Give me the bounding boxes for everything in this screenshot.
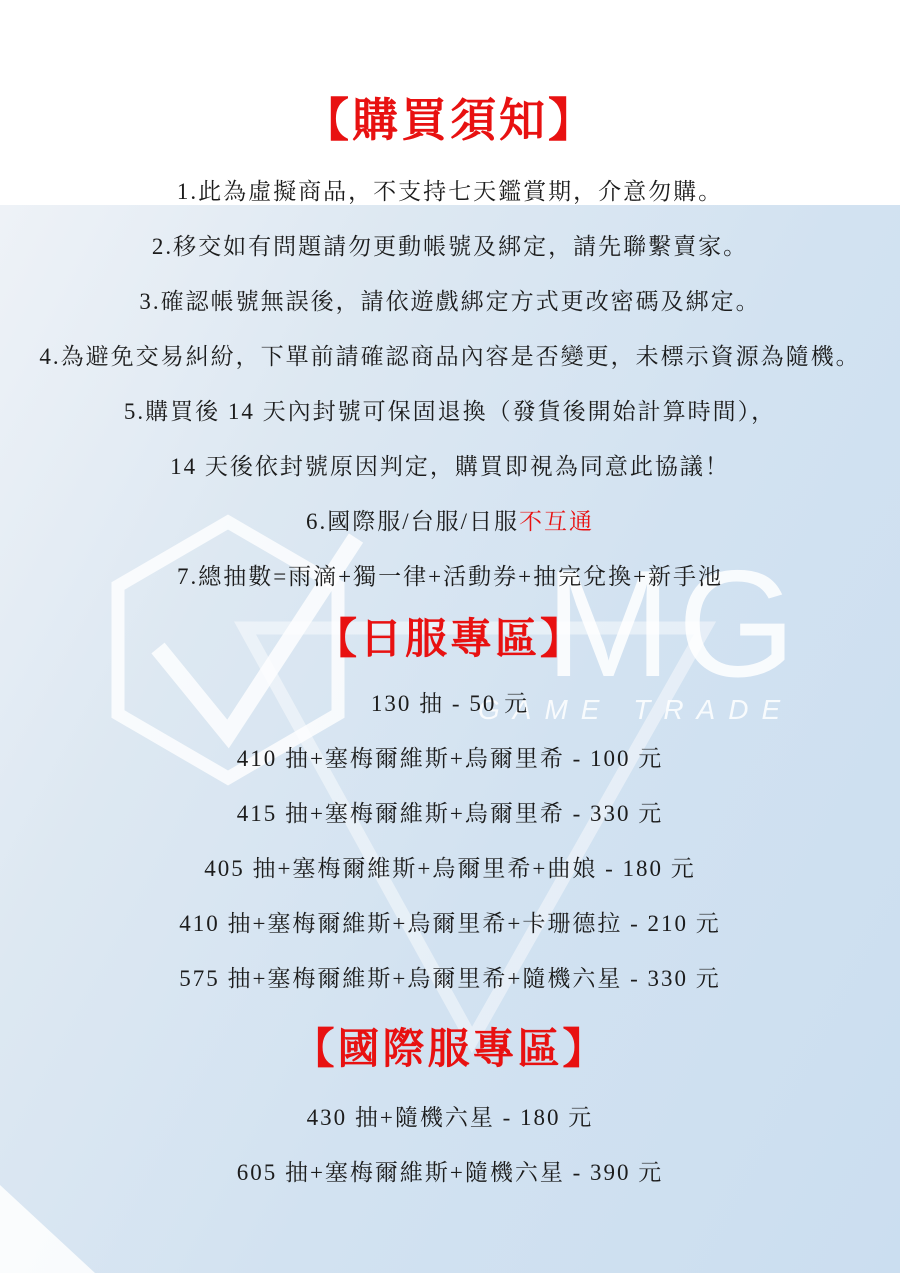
intl-price-list: 430 抽+隨機六星 - 180 元605 抽+塞梅爾維斯+隨機六星 - 390… bbox=[0, 1090, 900, 1200]
notice-line: 3.確認帳號無誤後，請依遊戲綁定方式更改密碼及綁定。 bbox=[0, 274, 900, 329]
jp-price-list: 130 抽 - 50 元410 抽+塞梅爾維斯+烏爾里希 - 100 元415 … bbox=[0, 676, 900, 1006]
jp-price-line: 410 抽+塞梅爾維斯+烏爾里希 - 100 元 bbox=[0, 731, 900, 786]
notice-line: 2.移交如有問題請勿更動帳號及綁定，請先聯繫賣家。 bbox=[0, 219, 900, 274]
jp-price-line: 130 抽 - 50 元 bbox=[0, 676, 900, 731]
content: 【購買須知】 1.此為虛擬商品，不支持七天鑑賞期，介意勿購。2.移交如有問題請勿… bbox=[0, 0, 900, 1273]
notice-line: 6.國際服/台服/日服不互通 bbox=[0, 494, 900, 549]
jp-price-line: 405 抽+塞梅爾維斯+烏爾里希+曲娘 - 180 元 bbox=[0, 841, 900, 896]
notice-line: 14 天後依封號原因判定，購買即視為同意此協議！ bbox=[0, 439, 900, 494]
intl-price-line: 605 抽+塞梅爾維斯+隨機六星 - 390 元 bbox=[0, 1145, 900, 1200]
intl-section-title: 【國際服專區】 bbox=[0, 1022, 900, 1078]
intl-price-line: 430 抽+隨機六星 - 180 元 bbox=[0, 1090, 900, 1145]
jp-price-line: 575 抽+塞梅爾維斯+烏爾里希+隨機六星 - 330 元 bbox=[0, 951, 900, 1006]
notice-line: 5.購買後 14 天內封號可保固退換（發貨後開始計算時間）， bbox=[0, 384, 900, 439]
jp-price-line: 415 抽+塞梅爾維斯+烏爾里希 - 330 元 bbox=[0, 786, 900, 841]
notice-line: 7.總抽數=雨滴+獨一律+活動券+抽完兌換+新手池 bbox=[0, 549, 900, 604]
notice-line: 4.為避免交易糾紛，下單前請確認商品內容是否變更，未標示資源為隨機。 bbox=[0, 329, 900, 384]
jp-price-line: 410 抽+塞梅爾維斯+烏爾里希+卡珊德拉 - 210 元 bbox=[0, 896, 900, 951]
notice-title: 【購買須知】 bbox=[0, 98, 900, 144]
highlight-text: 不互通 bbox=[519, 509, 594, 534]
jp-section-title: 【日服專區】 bbox=[0, 612, 900, 668]
notice-page: MG GAME TRADE 【購買須知】 1.此為虛擬商品，不支持七天鑑賞期，介… bbox=[0, 0, 900, 1273]
notice-line-list: 1.此為虛擬商品，不支持七天鑑賞期，介意勿購。2.移交如有問題請勿更動帳號及綁定… bbox=[0, 164, 900, 604]
notice-line: 1.此為虛擬商品，不支持七天鑑賞期，介意勿購。 bbox=[0, 164, 900, 219]
